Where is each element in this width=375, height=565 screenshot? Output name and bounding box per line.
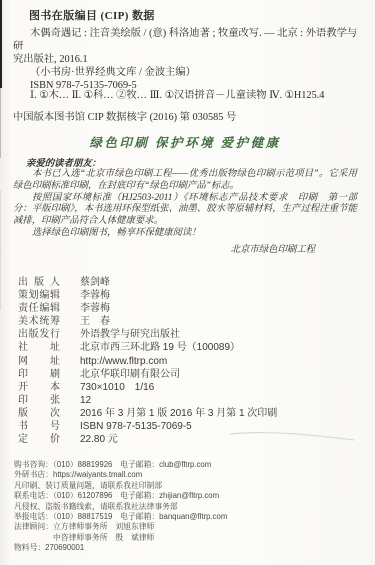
colophon-value: 北京华联印刷有限公司 — [80, 369, 180, 380]
colophon-value: 李蓉梅 — [80, 303, 110, 314]
colophon-label: 印 刷 — [18, 368, 60, 381]
colophon-value: 王 春 — [80, 316, 110, 327]
scan-edge-artifact — [0, 88, 1, 158]
notice-signature: 北京市绿色印刷工程 — [13, 241, 357, 255]
scan-edge-artifact — [0, 190, 1, 310]
colophon-row: 责任编辑李蓉梅 — [18, 302, 277, 315]
colophon-row: 网 址http://www.fltrp.com — [18, 355, 277, 368]
contact-line-phone: 联系电话：（010）61207896 电子邮箱：zhijian@fltrp.co… — [14, 491, 344, 501]
colophon-label: 社 址 — [18, 341, 60, 354]
colophon-label: 印 张 — [18, 394, 60, 407]
notice-paragraph: 选择绿色印刷图书，畅享环保健康阅读！ — [13, 228, 357, 240]
colophon-row: 美术统筹王 春 — [18, 315, 277, 328]
colophon-value-url: http://www.fltrp.com — [80, 356, 167, 367]
colophon-row: 印 刷北京华联印刷有限公司 — [18, 368, 277, 381]
colophon-label: 美术统筹 — [18, 315, 60, 328]
colophon-row: 定 价22.80 元 — [18, 433, 277, 446]
colophon-value: 李蓉梅 — [80, 290, 110, 301]
book-copyright-page: 图书在版编目 (CIP) 数据 木偶奇遇记 : 注音美绘版 / (意) 科洛迪著… — [0, 0, 375, 565]
colophon-value: 12 — [80, 395, 91, 406]
colophon-value-isbn: ISBN 978-7-5135-7069-5 — [80, 421, 192, 432]
colophon-label: 开 本 — [18, 381, 60, 394]
colophon-row: 印 张12 — [18, 394, 277, 407]
cip-header: 图书在版编目 (CIP) 数据 — [29, 7, 155, 23]
cip-classification: Ⅰ. ①木… Ⅱ. ①科… ②牧… Ⅲ. ①汉语拼音－儿童读物 Ⅳ. ①H125… — [30, 86, 370, 101]
notice-salutation: 亲爱的读者朋友： — [13, 155, 357, 169]
colophon-label: 书 号 — [18, 420, 60, 433]
notice-paragraph: 本书已入选“北京市绿色印刷工程——优秀出版物绿色印刷示范项目”。它采用绿色印刷标… — [13, 169, 357, 193]
colophon-label: 策划编辑 — [18, 289, 60, 302]
colophon-row: 出版发行外语教学与研究出版社 — [18, 328, 277, 341]
contact-line-legal: 法律顾问：立方律师事务所 刘旭东律师 — [14, 522, 344, 532]
green-print-notice: 绿色印刷 保护环境 爱护健康 亲爱的读者朋友： 本书已入选“北京市绿色印刷工程—… — [13, 133, 357, 255]
colophon-value: 蔡剑峰 — [80, 277, 110, 288]
colophon-label: 网 址 — [18, 355, 60, 368]
colophon-value: 2016 年 3 月第 1 版 2016 年 3 月第 1 次印刷 — [80, 408, 277, 419]
cip-record-number: 中国版本图书馆 CIP 数据核字 (2016) 第 030585 号 — [13, 108, 236, 123]
colophon-value: 外语教学与研究出版社 — [80, 329, 180, 340]
colophon-value: 北京市西三环北路 19 号（100089） — [80, 342, 240, 353]
colophon-row: 开 本730×1010 1/16 — [18, 381, 277, 394]
colophon-row: 版 次2016 年 3 月第 1 版 2016 年 3 月第 1 次印刷 — [18, 407, 277, 420]
colophon-row: 出 版 人蔡剑峰 — [18, 276, 277, 289]
colophon-row: 策划编辑李蓉梅 — [18, 289, 277, 302]
colophon-row: 社 址北京市西三环北路 19 号（100089） — [18, 341, 277, 354]
cip-entry-line: 究出版社, 2016.1 — [13, 53, 365, 66]
colophon-label: 责任编辑 — [18, 302, 60, 315]
contact-line-purchase: 购书咨询：（010）88819926 电子邮箱：club@fltrp.com — [14, 460, 344, 470]
contact-line-report: 举报电话：（010）88817519 电子邮箱：banquan@fltrp.co… — [14, 512, 344, 522]
green-print-slogan: 绿色印刷 保护环境 爱护健康 — [13, 133, 357, 151]
cip-entry: 木偶奇遇记 : 注音美绘版 / (意) 科洛迪著 ; 牧童改写. — 北京 : … — [13, 27, 365, 92]
notice-paragraph: 按照国家环境标准（HJ2503-2011）《环境标志产品技术要求 印刷 第一部分… — [13, 193, 357, 228]
contact-line-piracy: 凡侵权、盗版书籍线索，请联系我社法律事务部 — [14, 502, 344, 512]
colophon-value-price: 22.80 元 — [80, 434, 118, 445]
contact-line-store: 外研书店：https://waiyants.tmall.com — [14, 470, 344, 480]
cip-entry-line: 木偶奇遇记 : 注音美绘版 / (意) 科洛迪著 ; 牧童改写. — 北京 : … — [13, 27, 365, 53]
colophon-label: 定 价 — [18, 433, 60, 446]
contact-line-quality: 凡印刷、装订质量问题，请联系我社印制部 — [14, 481, 344, 491]
colophon-row: 书 号ISBN 978-7-5135-7069-5 — [18, 420, 277, 433]
contact-line-material: 物料号：270690001 — [14, 543, 344, 553]
colophon-value: 730×1010 1/16 — [80, 382, 154, 393]
colophon-label: 版 次 — [18, 407, 60, 420]
contact-info: 购书咨询：（010）88819926 电子邮箱：club@fltrp.com 外… — [14, 460, 344, 554]
colophon-label: 出版发行 — [18, 328, 60, 341]
cip-series-line: （小书房·世界经典文库 / 金波主编） — [13, 66, 365, 79]
colophon-table: 出 版 人蔡剑峰 策划编辑李蓉梅 责任编辑李蓉梅 美术统筹王 春 出版发行外语教… — [18, 276, 277, 446]
colophon-label: 出 版 人 — [18, 276, 60, 289]
contact-line-legal2: 中咨律师事务所 殷 斌律师 — [14, 533, 344, 543]
scan-edge-artifact — [0, 0, 2, 88]
